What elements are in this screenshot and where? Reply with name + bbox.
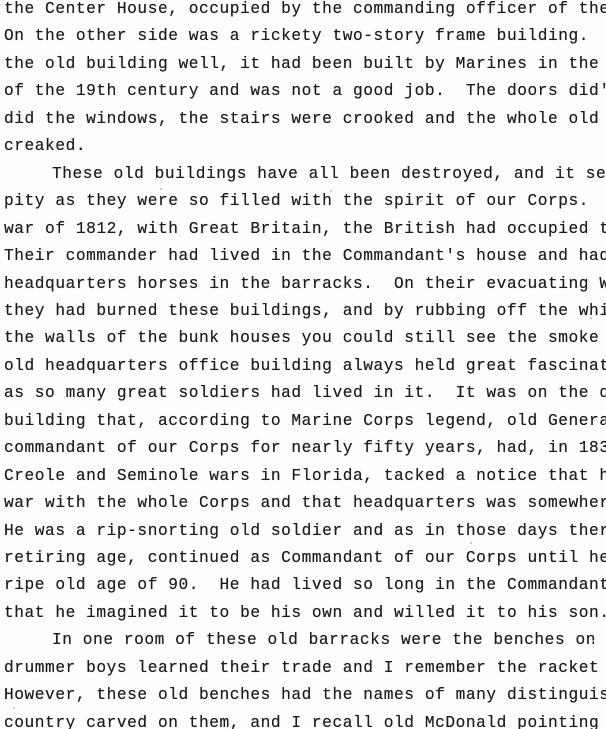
text-line: the Center House, occupied by the comman… bbox=[4, 0, 606, 18]
text-line: headquarters horses in the barracks. On … bbox=[4, 275, 606, 293]
text-line: they had burned these buildings, and by … bbox=[4, 302, 606, 320]
text-line: retiring age, continued as Commandant of… bbox=[4, 549, 606, 567]
text-line: building that, according to Marine Corps… bbox=[4, 412, 606, 430]
text-line: war with the whole Corps and that headqu… bbox=[4, 494, 606, 512]
paper-speck bbox=[592, 640, 594, 642]
text-line: war of 1812, with Great Britain, the Bri… bbox=[4, 220, 606, 238]
document-page: the Center House, occupied by the comman… bbox=[0, 0, 606, 729]
text-line: country carved on them, and I recall old… bbox=[4, 714, 606, 729]
text-line: commandant of our Corps for nearly fifty… bbox=[4, 439, 606, 457]
paper-speck bbox=[590, 317, 592, 319]
text-line: of the 19th century and was not a good j… bbox=[4, 82, 606, 100]
text-line: as so many great soldiers had lived in i… bbox=[4, 384, 606, 402]
paper-speck bbox=[283, 362, 285, 364]
text-line: old headquarters office building always … bbox=[4, 357, 606, 375]
text-line: ripe old age of 90. He had lived so long… bbox=[4, 576, 606, 594]
paper-speck bbox=[330, 190, 332, 192]
text-line: Creole and Seminole wars in Florida, tac… bbox=[4, 467, 606, 485]
paragraph-start-line: These old buildings have all been destro… bbox=[52, 165, 606, 183]
text-line: that he imagined it to be his own and wi… bbox=[4, 604, 606, 622]
text-line: did the windows, the stairs were crooked… bbox=[4, 110, 606, 128]
paper-speck bbox=[13, 707, 15, 709]
paper-speck bbox=[470, 542, 472, 544]
text-line: creaked. bbox=[4, 137, 86, 155]
paper-speck bbox=[160, 188, 162, 190]
text-line: On the other side was a rickety two-stor… bbox=[4, 27, 606, 45]
text-line: pity as they were so filled with the spi… bbox=[4, 192, 606, 210]
text-line: drummer boys learned their trade and I r… bbox=[4, 659, 606, 677]
text-line: the walls of the bunk houses you could s… bbox=[4, 329, 606, 347]
paragraph-start-line: In one room of these old barracks were t… bbox=[52, 631, 606, 649]
paper-speck bbox=[420, 200, 422, 202]
text-line: Their commander had lived in the Command… bbox=[4, 247, 606, 265]
text-line: However, these old benches had the names… bbox=[4, 686, 606, 704]
text-line: the old building well, it had been built… bbox=[4, 55, 606, 73]
text-line: He was a rip-snorting old soldier and as… bbox=[4, 522, 606, 540]
